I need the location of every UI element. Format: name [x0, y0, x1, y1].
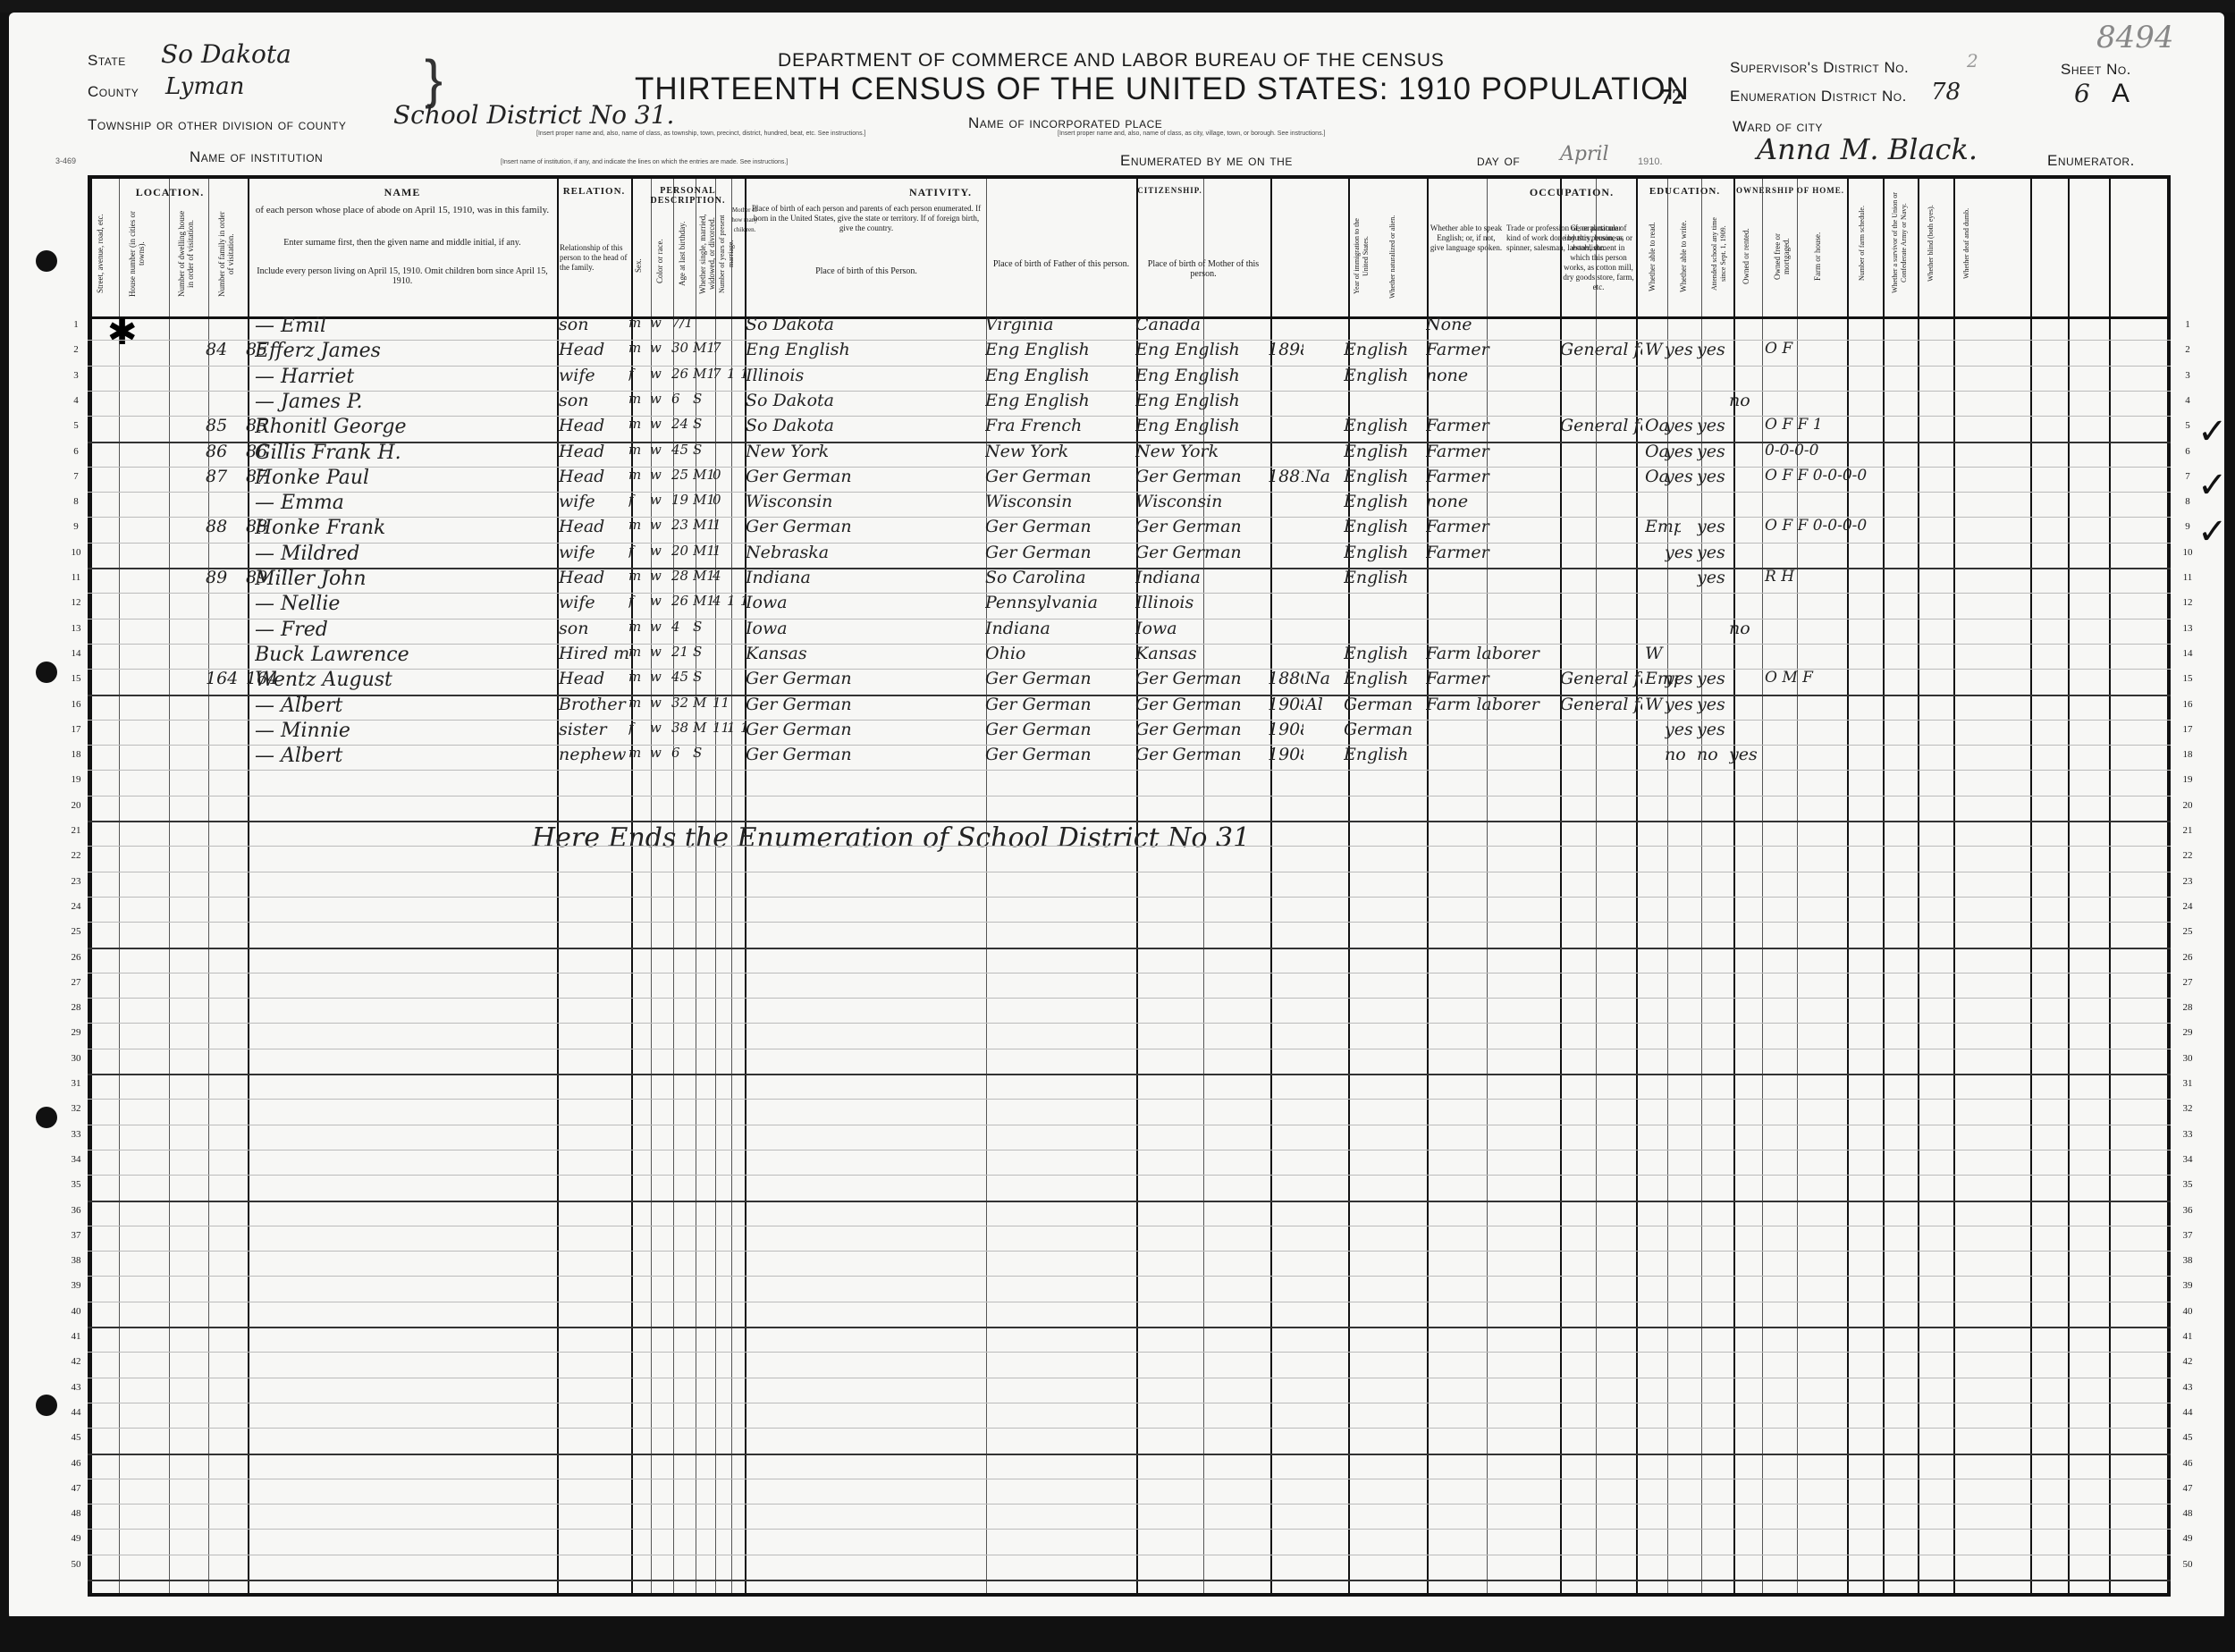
scan-border-bottom [0, 1616, 2235, 1652]
line-number: 35 [64, 1179, 88, 1190]
cell-color: w [650, 442, 670, 458]
cell-emp: Emp [1645, 517, 1681, 536]
line-number: 37 [2176, 1230, 2199, 1241]
cell-school: yes [1729, 745, 1758, 764]
cell-color: w [650, 340, 670, 356]
day-of-label: day of [1477, 152, 1520, 170]
header-write: Whether able to write. [1679, 215, 1688, 299]
cell-pob-father: Ohio [985, 644, 1132, 663]
line-number: 13 [64, 623, 88, 634]
cell-write: yes [1697, 669, 1729, 688]
cell-sex: m [628, 745, 648, 761]
cell-trade: none [1426, 492, 1556, 511]
check-mark-icon: ✓ [2197, 465, 2228, 506]
township-value: School District No 31. [393, 100, 674, 130]
line-number: 48 [2176, 1508, 2199, 1519]
header-name-desc2: Enter surname first, then the given name… [253, 238, 552, 248]
cell-pob: Ger German [746, 745, 982, 764]
cell-age: 20 [671, 543, 693, 559]
cell-relation: Head [559, 467, 630, 486]
cell-pob: Illinois [746, 366, 982, 385]
line-number: 8 [2176, 496, 2199, 507]
line-number: 33 [2176, 1129, 2199, 1140]
cell-sex: m [628, 669, 648, 685]
cell-relation: son [559, 619, 630, 638]
cell-pob-father: Ger German [985, 745, 1132, 764]
cell-age: 6 [671, 745, 693, 761]
cell-relation: wife [559, 593, 630, 612]
cell-name: Gillis Frank H. [255, 442, 550, 464]
cell-color: w [650, 467, 670, 483]
cell-lang: English [1344, 416, 1421, 435]
header-industry: General nature of industry, business, or… [1563, 223, 1634, 292]
line-number: 46 [64, 1458, 88, 1469]
line-number: 9 [64, 521, 88, 532]
cell-sex: m [628, 644, 648, 660]
cell-sex: m [628, 340, 648, 356]
cell-color: w [650, 695, 670, 711]
form-code: 3-469 [55, 156, 76, 165]
header-blind: Whether blind (both eyes). [1927, 188, 1936, 299]
line-number: 23 [2176, 876, 2199, 887]
sheet-label: Sheet No. [2061, 61, 2131, 79]
cell-age: 7/12 [671, 315, 693, 331]
line-number: 50 [64, 1559, 88, 1570]
cell-read: yes [1665, 467, 1696, 486]
line-number: 46 [2176, 1458, 2199, 1469]
department-heading: DEPARTMENT OF COMMERCE AND LABOR BUREAU … [778, 50, 1445, 72]
row-rule [88, 1555, 2171, 1555]
cell-yrs: 7 [713, 340, 729, 356]
row-rule [88, 1352, 2171, 1353]
header-family-number: Number of family in order of visitation. [217, 209, 235, 299]
line-number: 29 [2176, 1027, 2199, 1038]
cell-pob-father: Ger German [985, 720, 1132, 739]
line-number: 25 [2176, 926, 2199, 937]
line-number: 27 [64, 977, 88, 988]
cell-marital: S [693, 745, 714, 761]
row-rule [88, 1327, 2171, 1328]
state-label: State [88, 52, 126, 70]
state-value: So Dakota [161, 39, 291, 69]
header-relation: Relationship of this person to the head … [560, 243, 629, 273]
row-rule [88, 998, 2171, 999]
cell-sex: f [628, 543, 648, 559]
cell-sex: m [628, 315, 648, 331]
row-rule [88, 948, 2171, 949]
asterisk-mark-icon: ✱ [107, 311, 138, 353]
cell-marital: S [693, 416, 714, 432]
cell-dwelling: 86 [206, 442, 241, 461]
page-stamp: 72 [1661, 86, 1683, 110]
cell-read: no [1665, 745, 1696, 764]
row-rule [88, 1226, 2171, 1226]
line-number: 6 [64, 446, 88, 457]
supervisor-value: 2 [1967, 50, 1978, 72]
cell-trade: none [1426, 366, 1556, 385]
cell-relation: Head [559, 416, 630, 435]
cell-sex: m [628, 416, 648, 432]
cell-relation: Head [559, 517, 630, 536]
binder-hole-icon [36, 662, 57, 683]
row-rule [88, 1251, 2171, 1252]
cell-pob-mother: Ger German [1135, 669, 1264, 688]
enumeration-label: Enumeration District No. [1730, 88, 1907, 105]
cell-name: — Albert [255, 745, 550, 767]
cell-read: yes [1665, 543, 1696, 562]
row-rule [88, 416, 2171, 417]
township-label: Township or other division of county [88, 116, 346, 134]
cell-school: no [1729, 391, 1758, 410]
cell-color: w [650, 366, 670, 382]
cell-industry: General farm [1560, 416, 1642, 435]
line-number: 21 [64, 825, 88, 836]
cell-pob-father: Eng English [985, 391, 1132, 410]
cell-yrs: 0 [713, 467, 729, 483]
line-number: 31 [64, 1078, 88, 1089]
line-number: 17 [64, 724, 88, 735]
row-rule [88, 391, 2171, 392]
cell-sex: m [628, 619, 648, 635]
cell-pob-mother: Eng English [1135, 391, 1264, 410]
line-number: 11 [64, 572, 88, 583]
cell-yrs: 1 [713, 543, 729, 559]
cell-lang: English [1344, 568, 1421, 587]
line-number: 44 [2176, 1407, 2199, 1418]
cell-yrs: 1 [713, 517, 729, 533]
cell-industry: General farm [1560, 695, 1642, 714]
line-number: 36 [64, 1205, 88, 1216]
cell-pob-father: Ger German [985, 695, 1132, 714]
row-rule [88, 517, 2171, 518]
line-number: 43 [2176, 1382, 2199, 1393]
line-number: 47 [64, 1483, 88, 1494]
line-number: 28 [64, 1002, 88, 1013]
cell-write: yes [1697, 467, 1729, 486]
cell-pob-mother: Ger German [1135, 720, 1264, 739]
line-number: 34 [64, 1154, 88, 1165]
header-year-immigration: Year of immigration to the United States… [1353, 215, 1371, 299]
cell-marital: M [693, 720, 714, 736]
line-number: 18 [2176, 749, 2199, 760]
cell-name: — Emil [255, 315, 550, 337]
enumeration-value: 78 [1931, 79, 1961, 105]
line-number: 25 [64, 926, 88, 937]
cell-lang: English [1344, 543, 1421, 562]
line-number: 5 [64, 420, 88, 431]
end-of-district-note: Here Ends the Enumeration of School Dist… [532, 822, 1250, 854]
institution-label: Name of institution [190, 148, 323, 166]
cell-sex: f [628, 720, 648, 736]
cell-age: 45 [671, 669, 693, 685]
cell-pob-father: Eng English [985, 366, 1132, 385]
cell-pob-father: Ger German [985, 517, 1132, 536]
line-number: 49 [2176, 1533, 2199, 1544]
cell-color: w [650, 315, 670, 331]
enumerator-label: Enumerator. [2047, 152, 2135, 170]
cell-imm: 1898 [1268, 340, 1303, 359]
line-number: 21 [2176, 825, 2199, 836]
line-number: 31 [2176, 1078, 2199, 1089]
row-rule [88, 770, 2171, 771]
line-number: 39 [64, 1280, 88, 1291]
line-number: 20 [2176, 800, 2199, 811]
cell-sex: m [628, 442, 648, 458]
line-number: 36 [2176, 1205, 2199, 1216]
line-number: 22 [64, 850, 88, 861]
row-rule [88, 1175, 2171, 1176]
cell-color: w [650, 568, 670, 584]
row-rule [88, 1201, 2171, 1202]
cell-yrs: 4 [713, 568, 729, 584]
cell-dwelling: 164 [206, 669, 241, 688]
cell-yrs: 0 [713, 492, 729, 508]
cell-pob-mother: Eng English [1135, 416, 1264, 435]
row-rule [88, 1378, 2171, 1378]
row-rule [88, 1580, 2171, 1581]
cell-age: 24 [671, 416, 693, 432]
line-number: 18 [64, 749, 88, 760]
enumerator-name: Anna M. Black. [1757, 132, 1978, 166]
cell-color: w [650, 492, 670, 508]
line-number: 39 [2176, 1280, 2199, 1291]
cell-born: 1 [727, 366, 741, 382]
cell-marital: M1 [693, 543, 714, 559]
cell-trade: Farmer [1426, 517, 1556, 536]
cell-pob-mother: Ger German [1135, 543, 1264, 562]
line-number: 38 [64, 1255, 88, 1266]
line-number: 17 [2176, 724, 2199, 735]
row-rule [88, 619, 2171, 619]
line-number: 35 [2176, 1179, 2199, 1190]
cell-write: yes [1697, 442, 1729, 461]
cell-trade: Farmer [1426, 467, 1556, 486]
header-naturalized: Whether naturalized or alien. [1388, 215, 1397, 299]
cell-read: yes [1665, 442, 1696, 461]
cell-name: — Fred [255, 619, 550, 641]
cell-color: w [650, 543, 670, 559]
cell-marital: M1 [693, 467, 714, 483]
cell-pob-father: Ger German [985, 467, 1132, 486]
cell-marital: M1 [693, 593, 714, 609]
row-rule [88, 1302, 2171, 1302]
cell-born: 1 [727, 593, 741, 609]
cell-age: 21 [671, 644, 693, 660]
cell-pob-mother: Indiana [1135, 568, 1264, 587]
row-rule [88, 340, 2171, 341]
cell-dwelling: 84 [206, 340, 241, 359]
institution-note: [Insert name of institution, if any, and… [501, 159, 788, 165]
line-number: 40 [64, 1306, 88, 1317]
row-rule [88, 745, 2171, 746]
check-mark-icon: ✓ [2197, 411, 2228, 452]
cell-lang: English [1344, 745, 1421, 764]
group-name: NAME [248, 186, 557, 199]
scan-border-top [0, 0, 2235, 13]
line-number: 48 [64, 1508, 88, 1519]
cell-write: yes [1697, 695, 1729, 714]
census-table: LOCATION. NAME RELATION. PERSONAL DESCRI… [88, 175, 2171, 1597]
cell-marital: M [693, 695, 714, 711]
cell-trade: Farmer [1426, 416, 1556, 435]
cell-pob-mother: Illinois [1135, 593, 1264, 612]
row-rule [88, 1099, 2171, 1100]
cell-write: yes [1697, 568, 1729, 587]
group-relation: RELATION. [557, 186, 631, 197]
cell-lang: English [1344, 340, 1421, 359]
cell-name: — Albert [255, 695, 550, 717]
cell-sex: m [628, 568, 648, 584]
cell-trade: Farmer [1426, 442, 1556, 461]
line-number: 19 [2176, 774, 2199, 785]
cell-color: w [650, 416, 670, 432]
cell-sex: m [628, 517, 648, 533]
header-name-desc3: Include every person living on April 15,… [253, 266, 552, 286]
cell-write: yes [1697, 720, 1729, 739]
line-number: 4 [2176, 395, 2199, 406]
line-number: 24 [64, 901, 88, 912]
cell-name: Efferz James [255, 340, 550, 362]
cell-marital: S [693, 442, 714, 458]
cell-age: 26 [671, 366, 693, 382]
cell-pob-father: Indiana [985, 619, 1132, 638]
cell-pob-mother: Eng English [1135, 366, 1264, 385]
cell-own: O F F 0-0-0-0 [1729, 517, 1926, 535]
cell-name: — James P. [255, 391, 550, 413]
line-number: 38 [2176, 1255, 2199, 1266]
line-number: 13 [2176, 623, 2199, 634]
row-rule [88, 1454, 2171, 1455]
line-number: 3 [64, 370, 88, 381]
cell-age: 6 [671, 391, 693, 407]
cell-lang: English [1344, 669, 1421, 688]
cell-name: Miller John [255, 568, 550, 590]
header-free-mortgaged: Owned free or mortgaged. [1773, 215, 1791, 299]
row-rule [88, 1049, 2171, 1049]
cell-marital: S [693, 391, 714, 407]
cell-pob: Wisconsin [746, 492, 982, 511]
header-sex: Sex. [634, 232, 643, 299]
cell-color: w [650, 517, 670, 533]
cell-read: yes [1665, 695, 1696, 714]
header-color: Color or race. [655, 223, 664, 299]
cell-imm: 1908 [1268, 695, 1303, 714]
line-number: 41 [64, 1331, 88, 1342]
line-number: 2 [64, 344, 88, 355]
row-rule [88, 922, 2171, 923]
cell-dwelling: 88 [206, 517, 241, 536]
enumerated-label: Enumerated by me on the [1120, 152, 1293, 170]
line-number: 7 [2176, 471, 2199, 482]
cell-pob-mother: Ger German [1135, 467, 1264, 486]
cell-own: O F F 0-0-0-0 [1729, 467, 1926, 485]
cell-write: yes [1697, 416, 1729, 435]
cell-read: yes [1665, 340, 1696, 359]
cell-pob: So Dakota [746, 391, 982, 410]
cell-color: w [650, 745, 670, 761]
cell-trade: Farmer [1426, 669, 1556, 688]
line-number: 30 [2176, 1053, 2199, 1064]
row-rule [88, 846, 2171, 847]
header-birth-father: Place of birth of Father of this person. [988, 259, 1134, 269]
row-rule [88, 821, 2171, 822]
row-rule [88, 467, 2171, 468]
group-nativity: NATIVITY. [745, 186, 1136, 199]
cell-pob: Iowa [746, 593, 982, 612]
cell-relation: wife [559, 366, 630, 385]
header-dwelling-number: Number of dwelling house in order of vis… [177, 209, 195, 299]
line-number: 26 [64, 952, 88, 963]
cell-name: Rhonitl George [255, 416, 550, 438]
cell-lang: English [1344, 366, 1421, 385]
header-birth-person: Place of birth of this Person. [748, 266, 984, 276]
cell-nat: Al [1305, 695, 1341, 714]
cell-pob: Ger German [746, 517, 982, 536]
row-rule [88, 872, 2171, 872]
cell-pob-father: So Carolina [985, 568, 1132, 587]
line-number: 45 [64, 1432, 88, 1443]
cell-imm: 1881 [1268, 467, 1303, 486]
group-location: LOCATION. [92, 186, 248, 199]
line-number: 24 [2176, 901, 2199, 912]
line-number: 33 [64, 1129, 88, 1140]
cell-own: O M F [1729, 669, 1926, 687]
cell-sex: f [628, 366, 648, 382]
cell-sex: m [628, 467, 648, 483]
cell-industry: General farm [1560, 340, 1642, 359]
row-rule [88, 796, 2171, 796]
cell-color: w [650, 619, 670, 635]
sheet-value: 6 [2074, 79, 2090, 108]
row-rule [88, 973, 2171, 973]
cell-relation: son [559, 391, 630, 410]
cell-name: — Mildred [255, 543, 550, 565]
row-rule [88, 1276, 2171, 1277]
cell-emp: W [1645, 644, 1681, 663]
header-deaf: Whether deaf and dumb. [1962, 188, 1971, 299]
cell-pob-father: New York [985, 442, 1132, 461]
cell-pob-mother: Ger German [1135, 745, 1264, 764]
cell-read: yes [1665, 416, 1696, 435]
cell-pob: Ger German [746, 669, 982, 688]
cell-pob: Ger German [746, 720, 982, 739]
binder-hole-icon [36, 1107, 57, 1128]
incorporated-place-note: [Insert proper name and, also, name of c… [1058, 131, 1325, 137]
cell-pob-mother: Eng English [1135, 340, 1264, 359]
township-note: [Insert proper name and, also, name of c… [536, 131, 865, 137]
cell-own: O F [1729, 340, 1926, 358]
row-rule [88, 720, 2171, 721]
line-number: 16 [64, 699, 88, 710]
cell-read: yes [1665, 669, 1696, 688]
cell-trade: None [1426, 315, 1556, 334]
header-house-number: House number (in cities or towns). [128, 209, 146, 299]
cell-age: 45 [671, 442, 693, 458]
cell-name: Honke Paul [255, 467, 550, 489]
cell-write: yes [1697, 543, 1729, 562]
row-rule [88, 695, 2171, 696]
cell-born: 1 [727, 720, 741, 736]
page-title: THIRTEENTH CENSUS OF THE UNITED STATES: … [635, 72, 1690, 107]
line-number: 49 [64, 1533, 88, 1544]
cell-school: no [1729, 619, 1758, 638]
line-number: 19 [64, 774, 88, 785]
cell-pob-mother: New York [1135, 442, 1264, 461]
cell-dwelling: 85 [206, 416, 241, 435]
line-number: 50 [2176, 1559, 2199, 1570]
line-number: 34 [2176, 1154, 2199, 1165]
group-personal: PERSONAL DESCRIPTION. [631, 186, 745, 206]
